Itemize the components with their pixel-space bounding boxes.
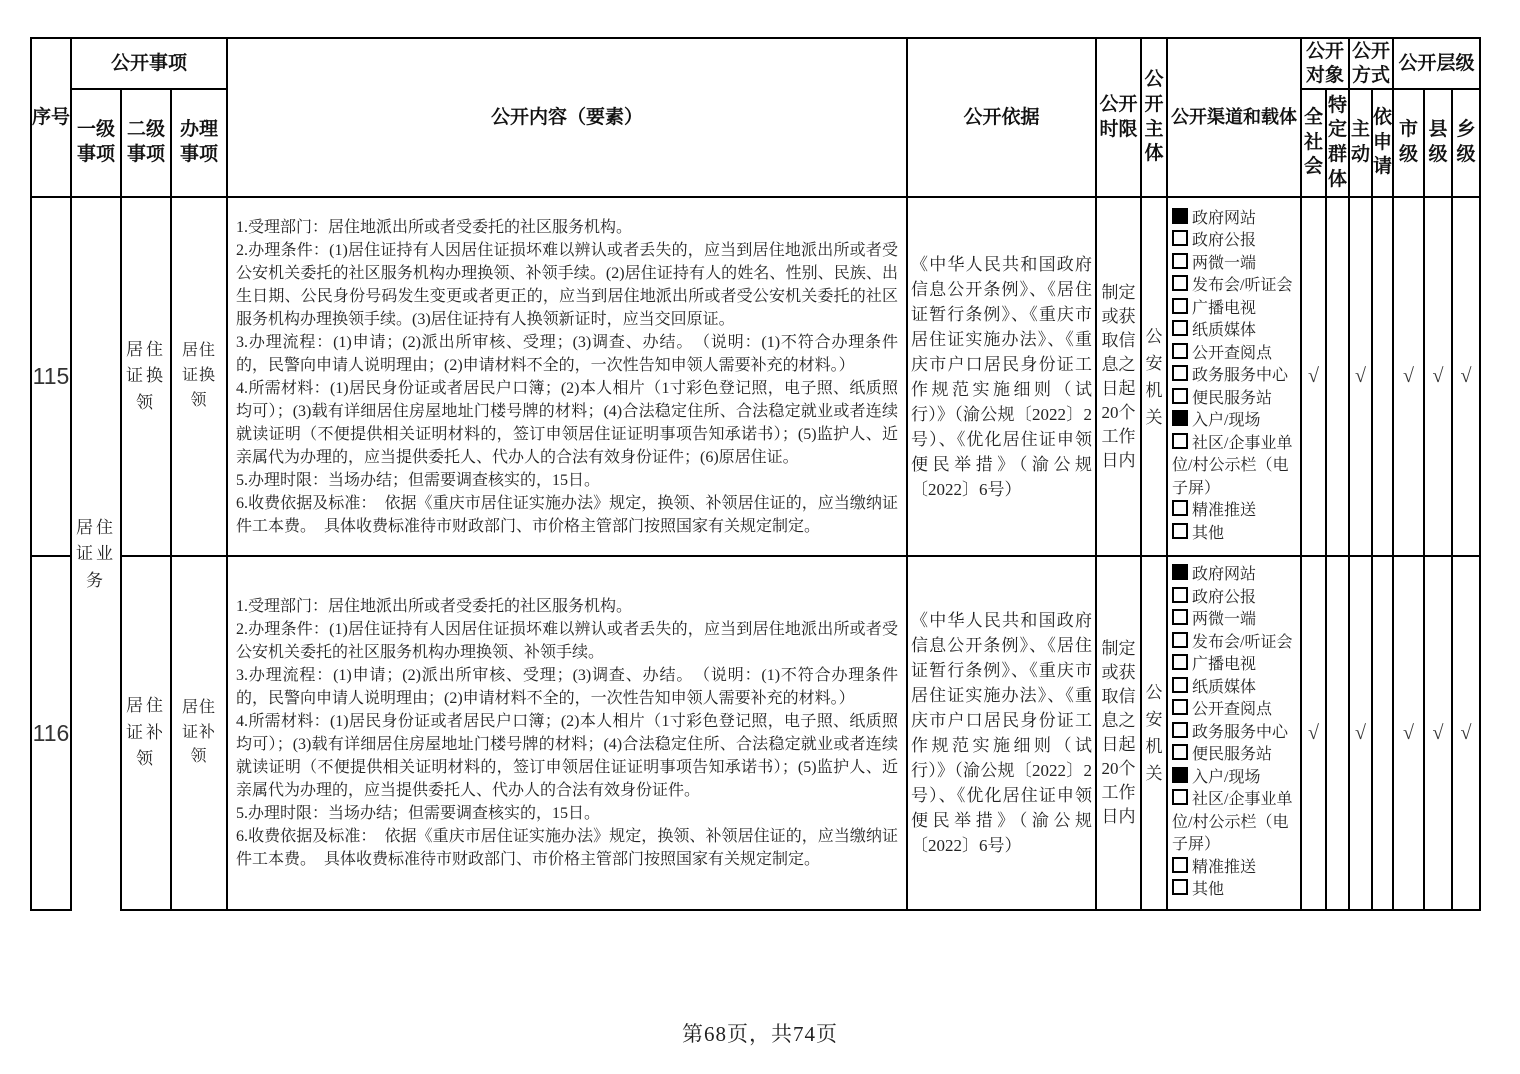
col-header-level: 公开层级 xyxy=(1392,37,1481,88)
col-header-content: 公开内容（要素） xyxy=(226,37,906,196)
serial-cell: 115 xyxy=(30,196,70,555)
col-header-handle-item: 办理事项 xyxy=(170,88,226,196)
content-paragraph: 2.办理条件：(1)居住证持有人因居住证损坏难以辨认或者丢失的，应当到居住地派出… xyxy=(236,618,898,664)
mark-city-level: √ xyxy=(1392,196,1423,555)
channel-item: 政府网站 xyxy=(1172,564,1300,587)
channel-label: 政府网站 xyxy=(1192,566,1256,583)
channel-item: 政府公报 xyxy=(1172,587,1300,610)
disclosure-table: 序号 公开事项 公开内容（要素） 公开依据 公开时限 公开主体 公开渠道和载体 … xyxy=(30,37,1481,911)
channel-label: 纸质媒体 xyxy=(1192,679,1256,696)
basis-cell: 《中华人民共和国政府信息公开条例》、《居住证暂行条例》、《重庆市居住证实施办法》… xyxy=(906,196,1095,555)
col-header-channels: 公开渠道和载体 xyxy=(1166,37,1300,196)
content-paragraph: 3.办理流程：(1)申请；(2)派出所审核、受理；(3)调查、办结。 （说明：(… xyxy=(236,664,898,710)
channel-label: 纸质媒体 xyxy=(1192,322,1256,339)
mark-city-level: √ xyxy=(1392,555,1423,911)
subject-cell: 公安机关 xyxy=(1140,555,1166,911)
content-paragraph: 1.受理部门：居住地派出所或者受委托的社区服务机构。 xyxy=(236,216,898,239)
channel-item: 纸质媒体 xyxy=(1172,320,1300,343)
channel-item: 政府网站 xyxy=(1172,208,1300,231)
checkbox-unchecked-icon xyxy=(1172,253,1188,269)
channel-label: 公开查阅点 xyxy=(1192,345,1272,362)
content-paragraph: 1.受理部门：居住地派出所或者受委托的社区服务机构。 xyxy=(236,595,898,618)
checkbox-unchecked-icon xyxy=(1172,789,1188,805)
col-header-target-specific: 特定群体 xyxy=(1325,88,1348,196)
col-header-level-county: 县级 xyxy=(1423,88,1451,196)
channel-label: 社区/企事业单位/村公示栏（电子屏） xyxy=(1172,435,1292,497)
channel-label: 便民服务站 xyxy=(1192,390,1272,407)
mark-active: √ xyxy=(1348,555,1371,911)
mark-on-request xyxy=(1371,196,1392,555)
mark-town-level: √ xyxy=(1451,196,1481,555)
page-footer: 第68页，共74页 xyxy=(0,1018,1520,1048)
channel-item: 政务服务中心 xyxy=(1172,365,1300,388)
channel-item: 社区/企事业单位/村公示栏（电子屏） xyxy=(1172,433,1300,501)
channel-item: 公开查阅点 xyxy=(1172,343,1300,366)
channel-item: 发布会/听证会 xyxy=(1172,275,1300,298)
checkbox-unchecked-icon xyxy=(1172,677,1188,693)
checkbox-unchecked-icon xyxy=(1172,500,1188,516)
content-paragraph: 6.收费依据及标准： 依据《重庆市居住证实施办法》规定，换领、补领居住证的，应当… xyxy=(236,825,898,871)
channel-label: 其他 xyxy=(1192,881,1224,898)
checkbox-checked-icon xyxy=(1172,767,1188,783)
col-header-level-city: 市级 xyxy=(1392,88,1423,196)
checkbox-checked-icon xyxy=(1172,208,1188,224)
checkbox-unchecked-icon xyxy=(1172,654,1188,670)
content-cell: 1.受理部门：居住地派出所或者受委托的社区服务机构。2.办理条件：(1)居住证持… xyxy=(226,555,906,911)
mark-specific-group xyxy=(1325,196,1348,555)
content-paragraph: 4.所需材料：(1)居民身份证或者居民户口簿；(2)本人相片（1寸彩色登记照，电… xyxy=(236,377,898,469)
channel-label: 其他 xyxy=(1192,525,1224,542)
channels-list: 政府网站政府公报两微一端发布会/听证会广播电视纸质媒体公开查阅点政务服务中心便民… xyxy=(1166,555,1300,911)
mark-on-request xyxy=(1371,555,1392,911)
checkbox-unchecked-icon xyxy=(1172,722,1188,738)
channel-item: 政务服务中心 xyxy=(1172,722,1300,745)
channel-label: 广播电视 xyxy=(1192,656,1256,673)
channel-label: 政府网站 xyxy=(1192,210,1256,227)
checkbox-unchecked-icon xyxy=(1172,744,1188,760)
checkbox-unchecked-icon xyxy=(1172,433,1188,449)
time-limit-cell: 制定或获取信息之日起20个工作日内 xyxy=(1095,196,1140,555)
channel-label: 发布会/听证会 xyxy=(1192,634,1292,651)
mark-active: √ xyxy=(1348,196,1371,555)
mark-county-level: √ xyxy=(1423,196,1451,555)
content-paragraph: 5.办理时限：当场办结；但需要调查核实的，15日。 xyxy=(236,469,898,492)
mark-town-level: √ xyxy=(1451,555,1481,911)
content-paragraph: 6.收费依据及标准： 依据《重庆市居住证实施办法》规定，换领、补领居住证的，应当… xyxy=(236,492,898,538)
checkbox-unchecked-icon xyxy=(1172,587,1188,603)
channel-item: 两微一端 xyxy=(1172,253,1300,276)
time-limit-cell: 制定或获取信息之日起20个工作日内 xyxy=(1095,555,1140,911)
content-cell: 1.受理部门：居住地派出所或者受委托的社区服务机构。2.办理条件：(1)居住证持… xyxy=(226,196,906,555)
channel-item: 政府公报 xyxy=(1172,230,1300,253)
channel-item: 公开查阅点 xyxy=(1172,699,1300,722)
channel-item: 精准推送 xyxy=(1172,500,1300,523)
channel-label: 社区/企事业单位/村公示栏（电子屏） xyxy=(1172,791,1292,853)
channel-item: 纸质媒体 xyxy=(1172,677,1300,700)
channel-label: 政务服务中心 xyxy=(1192,724,1288,741)
channel-label: 入户/现场 xyxy=(1192,412,1260,429)
content-paragraph: 2.办理条件：(1)居住证持有人因居住证损坏难以辨认或者丢失的，应当到居住地派出… xyxy=(236,239,898,331)
col-header-method-active: 主动 xyxy=(1348,88,1371,196)
mark-county-level: √ xyxy=(1423,555,1451,911)
channel-item: 其他 xyxy=(1172,879,1300,902)
channel-label: 政务服务中心 xyxy=(1192,367,1288,384)
col-header-method: 公开方式 xyxy=(1348,37,1392,88)
channel-label: 发布会/听证会 xyxy=(1192,277,1292,294)
mark-all-society: √ xyxy=(1300,196,1325,555)
handle-item-cell: 居住证补领 xyxy=(170,555,226,911)
col-header-open-item: 公开事项 xyxy=(70,37,226,88)
channel-label: 两微一端 xyxy=(1192,255,1256,272)
col-header-method-request: 依申请 xyxy=(1371,88,1392,196)
channel-item: 两微一端 xyxy=(1172,609,1300,632)
col-header-basis: 公开依据 xyxy=(906,37,1095,196)
channel-item: 广播电视 xyxy=(1172,654,1300,677)
channel-item: 发布会/听证会 xyxy=(1172,632,1300,655)
channel-item: 入户/现场 xyxy=(1172,410,1300,433)
content-paragraph: 3.办理流程：(1)申请；(2)派出所审核、受理；(3)调查、办结。 （说明：(… xyxy=(236,331,898,377)
checkbox-unchecked-icon xyxy=(1172,343,1188,359)
col-header-time-limit: 公开时限 xyxy=(1095,37,1140,196)
level1-cell-merged: 居住证业务 xyxy=(70,196,120,911)
checkbox-unchecked-icon xyxy=(1172,609,1188,625)
subject-cell: 公安机关 xyxy=(1140,196,1166,555)
col-header-subject: 公开主体 xyxy=(1140,37,1166,196)
col-header-target-all: 全社会 xyxy=(1300,88,1325,196)
checkbox-unchecked-icon xyxy=(1172,275,1188,291)
channel-item: 广播电视 xyxy=(1172,298,1300,321)
checkbox-unchecked-icon xyxy=(1172,857,1188,873)
content-paragraph: 4.所需材料：(1)居民身份证或者居民户口簿；(2)本人相片（1寸彩色登记照，电… xyxy=(236,710,898,802)
mark-all-society: √ xyxy=(1300,555,1325,911)
checkbox-unchecked-icon xyxy=(1172,365,1188,381)
checkbox-unchecked-icon xyxy=(1172,879,1188,895)
content-paragraph: 5.办理时限：当场办结；但需要调查核实的，15日。 xyxy=(236,802,898,825)
checkbox-unchecked-icon xyxy=(1172,388,1188,404)
channel-item: 其他 xyxy=(1172,523,1300,546)
col-header-serial: 序号 xyxy=(30,37,70,196)
checkbox-unchecked-icon xyxy=(1172,523,1188,539)
checkbox-unchecked-icon xyxy=(1172,320,1188,336)
channel-label: 两微一端 xyxy=(1192,611,1256,628)
channels-list: 政府网站政府公报两微一端发布会/听证会广播电视纸质媒体公开查阅点政务服务中心便民… xyxy=(1166,196,1300,555)
level2-cell: 居住证换领 xyxy=(120,196,170,555)
channel-label: 便民服务站 xyxy=(1192,746,1272,763)
checkbox-unchecked-icon xyxy=(1172,230,1188,246)
checkbox-checked-icon xyxy=(1172,564,1188,580)
checkbox-unchecked-icon xyxy=(1172,699,1188,715)
checkbox-checked-icon xyxy=(1172,410,1188,426)
channel-item: 便民服务站 xyxy=(1172,744,1300,767)
checkbox-unchecked-icon xyxy=(1172,298,1188,314)
col-header-target: 公开对象 xyxy=(1300,37,1348,88)
serial-cell: 116 xyxy=(30,555,70,911)
checkbox-unchecked-icon xyxy=(1172,632,1188,648)
mark-specific-group xyxy=(1325,555,1348,911)
level2-cell: 居住证补领 xyxy=(120,555,170,911)
channel-item: 便民服务站 xyxy=(1172,388,1300,411)
channel-label: 广播电视 xyxy=(1192,300,1256,317)
col-header-level2: 二级事项 xyxy=(120,88,170,196)
channel-label: 精准推送 xyxy=(1192,502,1256,519)
channel-item: 精准推送 xyxy=(1172,857,1300,880)
channel-item: 入户/现场 xyxy=(1172,767,1300,790)
document-page: 序号 公开事项 公开内容（要素） 公开依据 公开时限 公开主体 公开渠道和载体 … xyxy=(0,0,1520,1074)
channel-label: 入户/现场 xyxy=(1192,769,1260,786)
handle-item-cell: 居住证换领 xyxy=(170,196,226,555)
channel-label: 精准推送 xyxy=(1192,859,1256,876)
col-header-level1: 一级事项 xyxy=(70,88,120,196)
channel-label: 政府公报 xyxy=(1192,589,1256,606)
channel-label: 公开查阅点 xyxy=(1192,701,1272,718)
basis-cell: 《中华人民共和国政府信息公开条例》、《居住证暂行条例》、《重庆市居住证实施办法》… xyxy=(906,555,1095,911)
channel-label: 政府公报 xyxy=(1192,232,1256,249)
channel-item: 社区/企事业单位/村公示栏（电子屏） xyxy=(1172,789,1300,857)
col-header-level-town: 乡级 xyxy=(1451,88,1481,196)
